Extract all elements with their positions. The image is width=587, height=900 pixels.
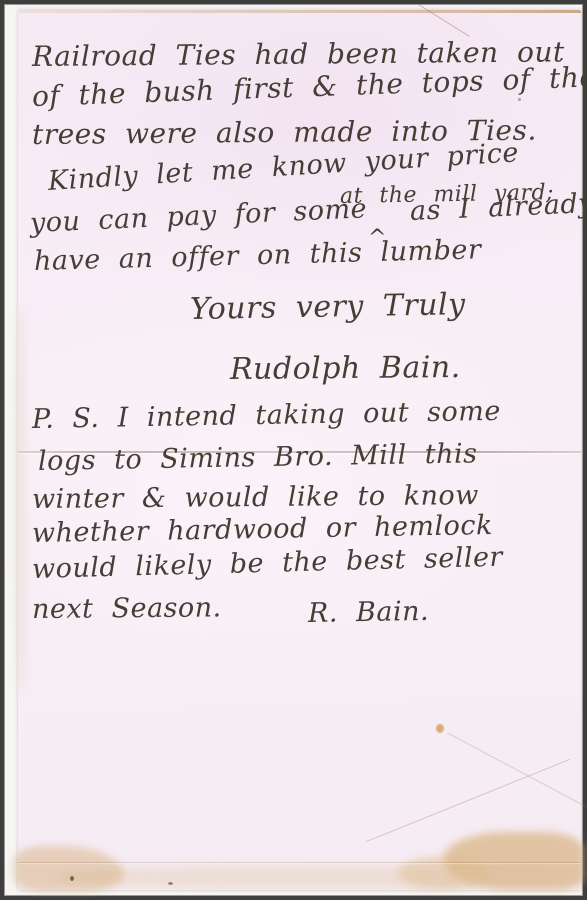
valediction: Yours very Truly xyxy=(190,287,466,327)
scanned-letter-frame: Railroad Ties had been taken out of the … xyxy=(0,0,587,900)
handwritten-line: would likely be the best seller xyxy=(32,542,504,585)
crease-diagonal xyxy=(366,759,570,842)
speck-dark xyxy=(70,876,74,881)
stain-bottom-band xyxy=(58,866,558,888)
speck-orange xyxy=(436,724,444,733)
signature: Rudolph Bain. xyxy=(230,350,461,387)
handwritten-line: winter & would like to know xyxy=(32,480,479,515)
crease-diagonal xyxy=(447,733,587,809)
handwritten-line: you can pay for some xyxy=(29,193,367,239)
aged-top-edge xyxy=(18,10,581,13)
fold-crease-bottom xyxy=(18,862,581,863)
postscript-signature: R. Bain. xyxy=(308,596,430,629)
handwritten-line: P. S. I intend taking out some xyxy=(32,396,501,435)
stain-bottom-left xyxy=(14,846,124,892)
handwritten-line: have an offer on this lumber xyxy=(34,234,482,277)
handwritten-line: next Season. xyxy=(32,592,222,625)
handwritten-line: as I already xyxy=(409,188,587,227)
stain-left-edge xyxy=(16,310,26,690)
handwritten-line: logs to Simins Bro. Mill this xyxy=(38,438,478,477)
speck-dark xyxy=(518,98,521,101)
letter-paper: Railroad Ties had been taken out of the … xyxy=(18,10,581,890)
speck-dark xyxy=(168,882,173,885)
